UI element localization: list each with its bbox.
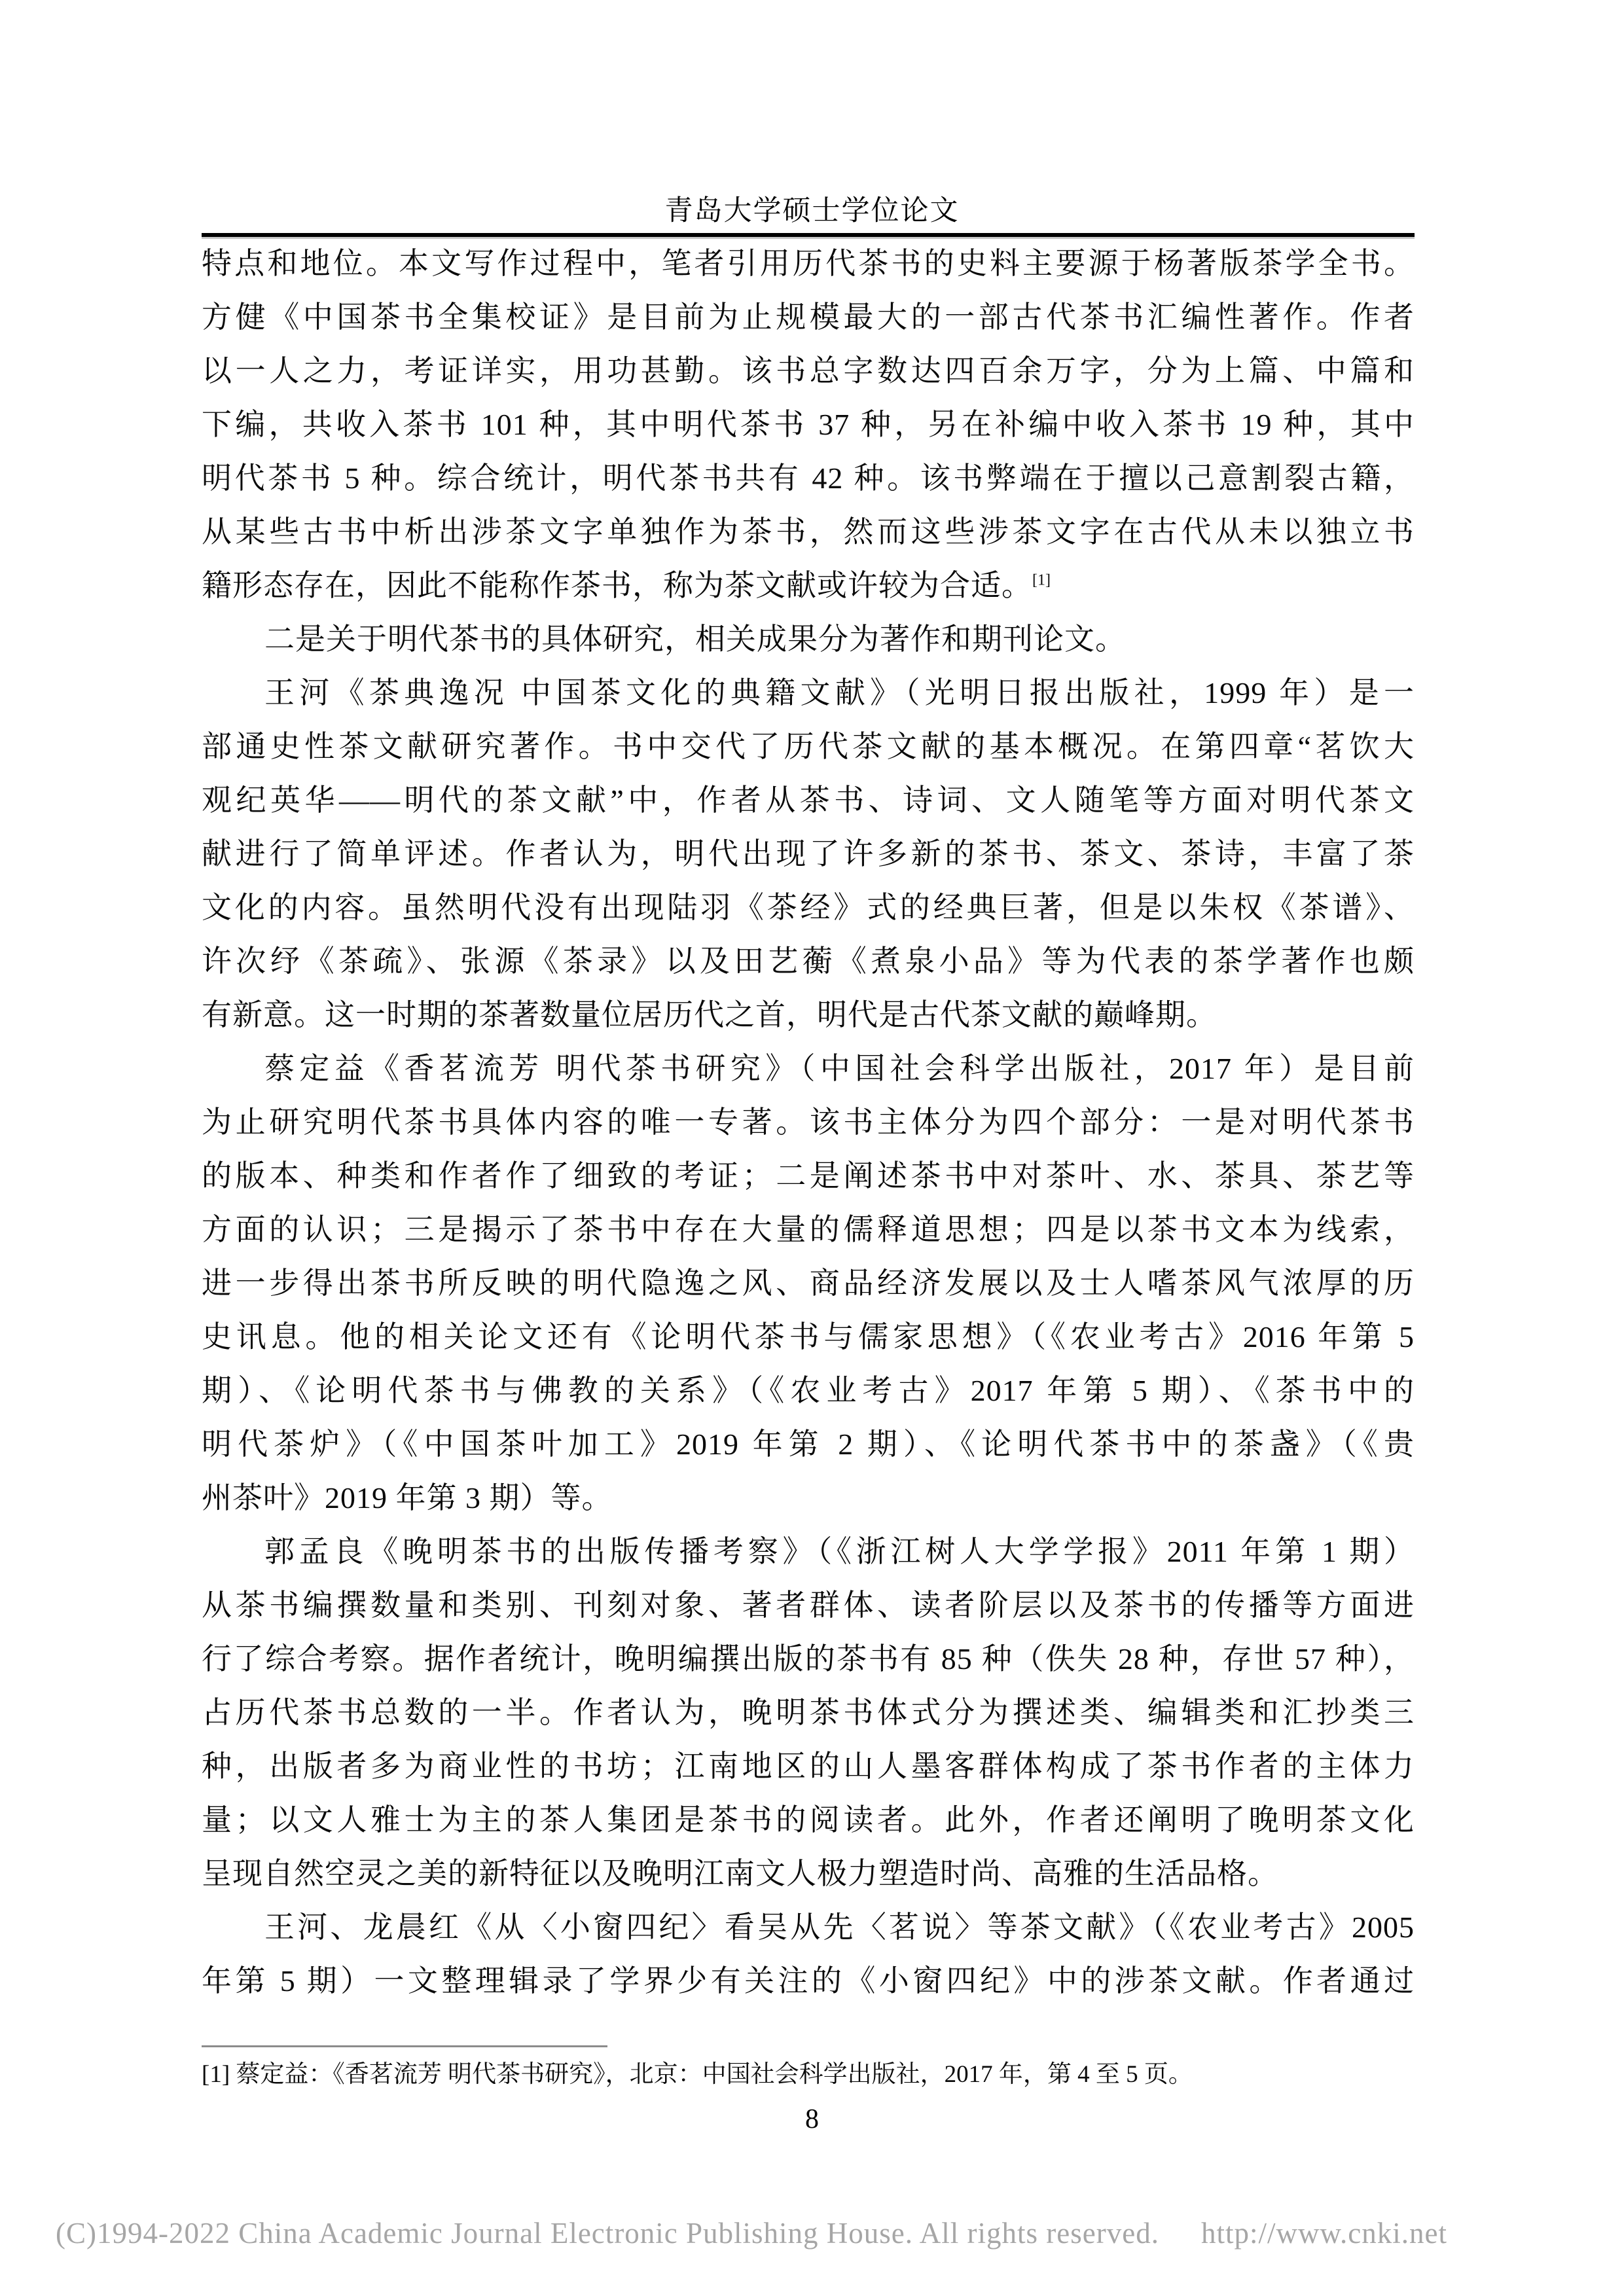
body-line: 籍形态存在，因此不能称作茶书，称为茶文献或许较为合适。[1] — [202, 559, 1415, 613]
page-header-title: 青岛大学硕士学位论文 — [0, 194, 1624, 228]
body-line: 有新意。这一时期的茶著数量位居历代之首，明代是古代茶文献的巅峰期。 — [202, 988, 1415, 1042]
copyright-line: (C)1994-2022 China Academic Journal Elec… — [56, 2215, 1447, 2251]
body-line: 呈现自然空灵之美的新特征以及晚明江南文人极力塑造时尚、高雅的生活品格。 — [202, 1847, 1415, 1901]
footnote: [1] 蔡定益：《香茗流芳 明代茶书研究》，北京：中国社会科学出版社，2017 … — [202, 2056, 1445, 2093]
body-line: 献进行了简单评述。作者认为，明代出现了许多新的茶书、茶文、茶诗，丰富了茶 — [202, 827, 1415, 881]
body-line: 王河《茶典逸况 中国茶文化的典籍文献》（光明日报出版社，1999 年）是一 — [202, 666, 1415, 720]
copyright-text: (C)1994-2022 China Academic Journal Elec… — [56, 2217, 1159, 2250]
footnote-ref-marker: [1] — [1032, 572, 1051, 589]
body-line: 二是关于明代茶书的具体研究，相关成果分为著作和期刊论文。 — [202, 613, 1415, 666]
body-line: 以一人之力，考证详实，用功甚勤。该书总字数达四百余万字，分为上篇、中篇和 — [202, 344, 1415, 398]
body-line: 史讯息。他的相关论文还有《论明代茶书与儒家思想》（《农业考古》2016 年第 5 — [202, 1310, 1415, 1364]
body-line: 从茶书编撰数量和类别、刊刻对象、著者群体、读者阶层以及茶书的传播等方面进 — [202, 1579, 1415, 1632]
body-line: 王河、龙晨红《从〈小窗四纪〉看吴从先〈茗说〉等茶文献》（《农业考古》2005 — [202, 1901, 1415, 1954]
body-line: 明代茶书 5 种。综合统计，明代茶书共有 42 种。该书弊端在于擅以己意割裂古籍… — [202, 452, 1415, 505]
body-line: 为止研究明代茶书具体内容的唯一专著。该书主体分为四个部分：一是对明代茶书 — [202, 1096, 1415, 1149]
page-number: 8 — [0, 2102, 1624, 2136]
footnote-separator-rule — [202, 2045, 607, 2047]
body-line: 特点和地位。本文写作过程中，笔者引用历代茶书的史料主要源于杨著版茶学全书。 — [202, 237, 1415, 291]
body-line: 方健《中国茶书全集校证》是目前为止规模最大的一部古代茶书汇编性著作。作者 — [202, 291, 1415, 344]
body-line: 的版本、种类和作者作了细致的考证；二是阐述茶书中对茶叶、水、茶具、茶艺等 — [202, 1149, 1415, 1203]
body-line: 行了综合考察。据作者统计，晚明编撰出版的茶书有 85 种（佚失 28 种，存世 … — [202, 1632, 1415, 1686]
body-line: 年第 5 期）一文整理辑录了学界少有关注的《小窗四纪》中的涉茶文献。作者通过 — [202, 1954, 1415, 2008]
body-line: 种，出版者多为商业性的书坊；江南地区的山人墨客群体构成了茶书作者的主体力 — [202, 1740, 1415, 1793]
body-line: 观纪英华——明代的茶文献”中，作者从茶书、诗词、文人随笔等方面对明代茶文 — [202, 774, 1415, 827]
thesis-page: 青岛大学硕士学位论文 特点和地位。本文写作过程中，笔者引用历代茶书的史料主要源于… — [0, 0, 1624, 2296]
body-line: 许次纾《茶疏》、张源《茶录》以及田艺蘅《煮泉小品》等为代表的茶学著作也颇 — [202, 935, 1415, 988]
body-line: 文化的内容。虽然明代没有出现陆羽《茶经》式的经典巨著，但是以朱权《茶谱》、 — [202, 881, 1415, 935]
body-line: 蔡定益《香茗流芳 明代茶书研究》（中国社会科学出版社，2017 年）是目前 — [202, 1042, 1415, 1096]
body-line: 进一步得出茶书所反映的明代隐逸之风、商品经济发展以及士人嗜茶风气浓厚的历 — [202, 1257, 1415, 1310]
body-line: 下编，共收入茶书 101 种，其中明代茶书 37 种，另在补编中收入茶书 19 … — [202, 398, 1415, 452]
body-line: 郭孟良《晚明茶书的出版传播考察》（《浙江树人大学学报》2011 年第 1 期） — [202, 1525, 1415, 1579]
cnki-url: http://www.cnki.net — [1201, 2217, 1447, 2250]
body-line: 方面的认识；三是揭示了茶书中存在大量的儒释道思想；四是以茶书文本为线索， — [202, 1203, 1415, 1257]
body-line: 部通史性茶文献研究著作。书中交代了历代茶文献的基本概况。在第四章“茗饮大 — [202, 720, 1415, 774]
body-text: 特点和地位。本文写作过程中，笔者引用历代茶书的史料主要源于杨著版茶学全书。方健《… — [202, 237, 1415, 2008]
body-line: 从某些古书中析出涉茶文字单独作为茶书，然而这些涉茶文字在古代从未以独立书 — [202, 505, 1415, 559]
body-line: 明代茶炉》（《中国茶叶加工》2019 年第 2 期）、《论明代茶书中的茶盏》（《… — [202, 1418, 1415, 1471]
body-line: 量；以文人雅士为主的茶人集团是茶书的阅读者。此外，作者还阐明了晚明茶文化 — [202, 1793, 1415, 1847]
body-line: 期）、《论明代茶书与佛教的关系》（《农业考古》2017 年第 5 期）、《茶书中… — [202, 1364, 1415, 1418]
body-line: 州茶叶》2019 年第 3 期）等。 — [202, 1471, 1415, 1525]
body-line: 占历代茶书总数的一半。作者认为，晚明茶书体式分为撰述类、编辑类和汇抄类三 — [202, 1686, 1415, 1740]
